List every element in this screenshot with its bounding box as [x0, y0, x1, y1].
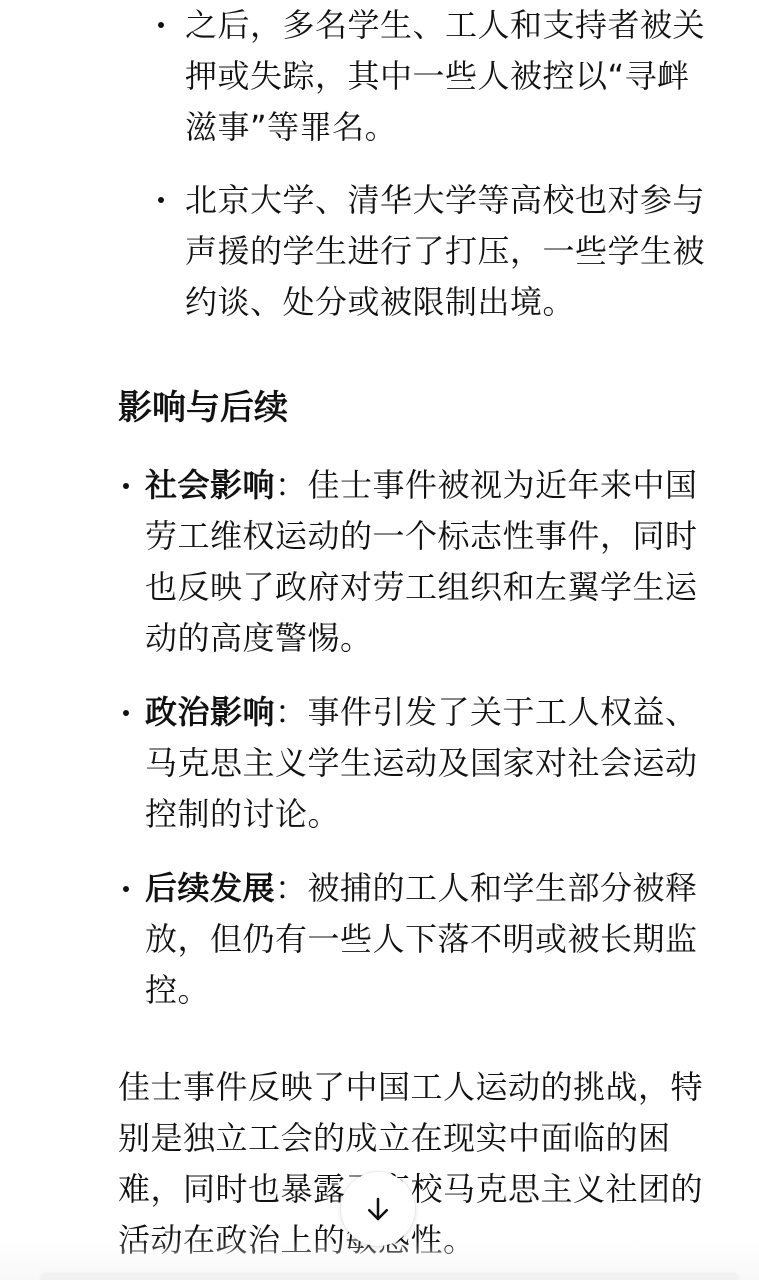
bullet-icon [158, 22, 164, 28]
item-separator: ： [275, 869, 308, 907]
bullet-icon [123, 483, 129, 489]
bullet-icon [158, 197, 164, 203]
item-separator: ： [275, 693, 308, 731]
list-item-follow-up: 后续发展：被捕的工人和学生部分被释放，但仍有一些人下落不明或被长期监控。 [145, 863, 700, 1016]
list-item-social-impact: 社会影响：佳士事件被视为近年来中国劳工维权运动的一个标志性事件，同时也反映了政府… [145, 460, 700, 664]
list-item-text: 北京大学、清华大学等高校也对参与声援的学生进行了打压，一些学生被约谈、处分或被限… [185, 181, 705, 321]
scroll-to-bottom-button[interactable] [341, 1172, 415, 1246]
list-item-political-impact: 政治影响：事件引发了关于工人权益、马克思主义学生运动及国家对社会运动控制的讨论。 [145, 687, 700, 840]
composer-bar-edge [40, 1274, 739, 1280]
nested-bullet-list: 之后，多名学生、工人和支持者被关押或失踪，其中一些人被控以“寻衅滋事”等罪名。 … [185, 0, 705, 328]
item-label: 社会影响 [145, 466, 275, 504]
closing-paragraph: 佳士事件反映了中国工人运动的挑战，特别是独立工会的成立在现实中面临的困难，同时也… [118, 1062, 708, 1266]
item-label: 后续发展 [145, 869, 275, 907]
impact-bullet-list: 社会影响：佳士事件被视为近年来中国劳工维权运动的一个标志性事件，同时也反映了政府… [145, 460, 700, 1016]
item-label: 政治影响 [145, 693, 275, 731]
list-item: 之后，多名学生、工人和支持者被关押或失踪，其中一些人被控以“寻衅滋事”等罪名。 [185, 0, 705, 153]
bullet-icon [123, 886, 129, 892]
list-item-text: 之后，多名学生、工人和支持者被关押或失踪，其中一些人被控以“寻衅滋事”等罪名。 [185, 6, 705, 146]
arrow-down-icon [363, 1194, 393, 1224]
list-item: 北京大学、清华大学等高校也对参与声援的学生进行了打压，一些学生被约谈、处分或被限… [185, 175, 705, 328]
section-heading: 影响与后续 [118, 383, 288, 433]
item-separator: ： [275, 466, 308, 504]
bullet-icon [123, 710, 129, 716]
